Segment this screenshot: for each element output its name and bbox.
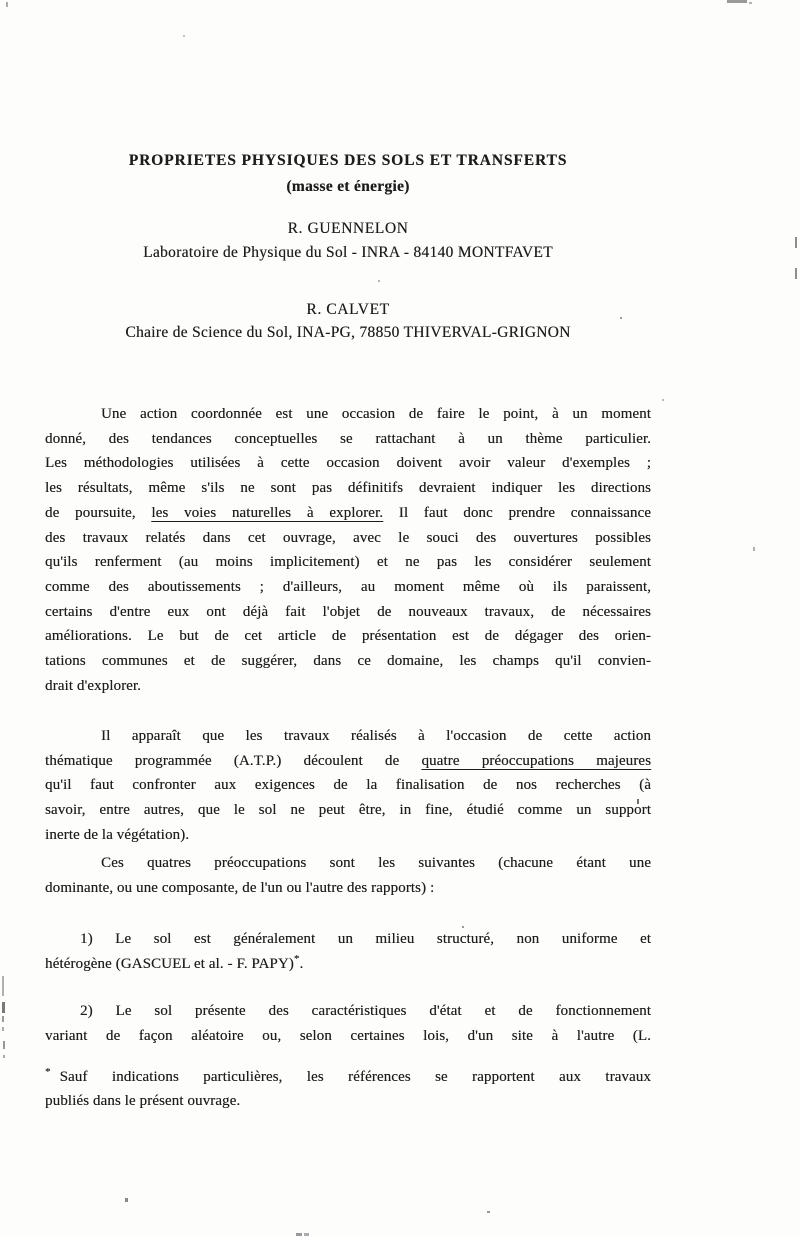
footnote-line: publiés dans le présent ouvrage.: [45, 1090, 651, 1114]
scan-artifact-left-tick: [2, 1027, 4, 1031]
paragraph-line: 2) Le sol présente des caractéristiques …: [45, 999, 651, 1024]
paragraph-line: qu'il faut confronter aux exigences de l…: [45, 773, 651, 798]
list-item-2: 2) Le sol présente des caractéristiques …: [45, 999, 651, 1048]
scan-artifact-left-tick: [3, 1041, 5, 1049]
author-2-affiliation: Chaire de Science du Sol, INA-PG, 78850 …: [45, 320, 651, 346]
scan-artifact-dot: [662, 399, 664, 401]
paragraph-1: Une action coordonnée est une occasion d…: [45, 402, 651, 698]
footnote-marker: *: [45, 1066, 51, 1078]
scan-artifact-top-right-bar: [727, 0, 747, 3]
scan-artifact-left-tick: [2, 976, 4, 996]
footnote-line: *Sauf indications particulières, les réf…: [45, 1066, 651, 1090]
scan-artifact-dot: [125, 1198, 128, 1202]
paragraph-line: Il apparaît que les travaux réalisés à l…: [45, 724, 651, 749]
footnote: *Sauf indications particulières, les réf…: [45, 1066, 651, 1113]
scan-artifact-top-left: [6, 2, 8, 7]
paragraph-line: inerte de la végétation).: [45, 823, 651, 848]
paragraph-line: les résultats, même s'ils ne sont pas dé…: [45, 476, 651, 501]
line-text: Sauf indications particulières, les réfé…: [60, 1069, 651, 1085]
paragraph-line: thématique programmée (A.T.P.) découlent…: [45, 749, 651, 774]
paragraph-line: certains d'entre eux ont déjà fait l'obj…: [45, 600, 651, 625]
scan-artifact-dot: [749, 2, 752, 4]
scan-artifact-dot: [183, 35, 185, 37]
document-subtitle: (masse et énergie): [45, 174, 651, 200]
scan-artifact-bottom-dash: [304, 1233, 309, 1236]
scan-artifact-left-tick: [2, 1016, 4, 1022]
paragraph-line: comme des aboutissements ; d'ailleurs, a…: [45, 575, 651, 600]
document-title: PROPRIETES PHYSIQUES DES SOLS ET TRANSFE…: [45, 148, 651, 174]
line-text: hétérogène (GASCUEL et al. - F. PAPY): [45, 956, 294, 972]
paragraph-line: de poursuite, les voies naturelles à exp…: [45, 501, 651, 526]
paragraph-line: hétérogène (GASCUEL et al. - F. PAPY)*.: [45, 952, 651, 977]
scan-artifact-left-tick: [3, 1055, 5, 1058]
scan-artifact-left-tick: [2, 1002, 5, 1013]
line-text: Il faut donc prendre connaissance: [383, 505, 651, 521]
line-text: thématique programmée (A.T.P.) découlent…: [45, 753, 421, 769]
scan-artifact-dot: [487, 1211, 490, 1213]
scanned-document-page: PROPRIETES PHYSIQUES DES SOLS ET TRANSFE…: [0, 0, 800, 1237]
underlined-phrase: les voies naturelles à explorer.: [151, 505, 383, 521]
scan-artifact-bottom-dash: [296, 1233, 302, 1236]
paragraph-3: Ces quatres préoccupations sont les suiv…: [45, 851, 651, 900]
scan-artifact-dot: [753, 547, 755, 551]
paragraph-line: des travaux relatés dans cet ouvrage, av…: [45, 526, 651, 551]
scan-artifact-right-tick: [795, 237, 797, 248]
author-1-name: R. GUENNELON: [45, 216, 651, 242]
paragraph-line: dominante, ou une composante, de l'un ou…: [45, 876, 651, 901]
scan-artifact-right-tick: [795, 268, 797, 279]
paragraph-line: améliorations. Le but de cet article de …: [45, 624, 651, 649]
scan-artifact-dot: [378, 280, 380, 282]
list-item-1: 1) Le sol est généralement un milieu str…: [45, 927, 651, 976]
paragraph-line: qu'ils renferment (au moins implicitemen…: [45, 550, 651, 575]
paragraph-line: donné, des tendances conceptuelles se ra…: [45, 427, 651, 452]
line-text: de poursuite,: [45, 505, 151, 521]
line-text: .: [299, 956, 303, 972]
paragraph-line: Une action coordonnée est une occasion d…: [45, 402, 651, 427]
author-1-affiliation: Laboratoire de Physique du Sol - INRA - …: [45, 240, 651, 266]
paragraph-line: Les méthodologies utilisées à cette occa…: [45, 451, 651, 476]
paragraph-line: tations communes et de suggérer, dans ce…: [45, 649, 651, 674]
paragraph-line: savoir, entre autres, que le sol ne peut…: [45, 798, 651, 823]
paragraph-line: Ces quatres préoccupations sont les suiv…: [45, 851, 651, 876]
paragraph-2: Il apparaît que les travaux réalisés à l…: [45, 724, 651, 848]
paragraph-line: drait d'explorer.: [45, 674, 651, 699]
underlined-phrase: quatre préoccupations majeures: [421, 753, 651, 769]
paragraph-line: 1) Le sol est généralement un milieu str…: [45, 927, 651, 952]
paragraph-line: variant de façon aléatoire ou, selon cer…: [45, 1024, 651, 1049]
